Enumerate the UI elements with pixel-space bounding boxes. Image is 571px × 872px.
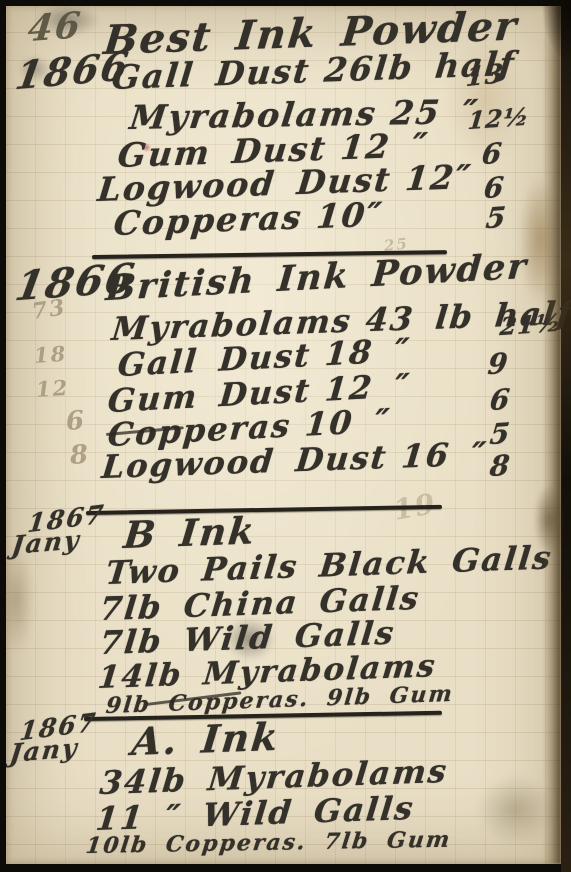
- half-value: 9: [487, 349, 510, 379]
- pencil-note: 8: [69, 442, 91, 469]
- section-month: Jany: [10, 527, 82, 558]
- half-value: 6: [481, 139, 504, 169]
- book-corner-top-right: [543, 0, 571, 60]
- section-title: B Ink: [122, 512, 258, 554]
- page-number: 46: [26, 7, 84, 47]
- ingredient: Copperas: [112, 197, 305, 243]
- ingredient: Gall Dust: [110, 51, 313, 97]
- quantity: 16 ″: [400, 434, 490, 475]
- half-value: 6: [483, 173, 506, 203]
- quantity: 12″: [403, 157, 474, 198]
- pencil-note: 12: [35, 377, 70, 400]
- half-value: 13: [465, 61, 505, 91]
- deckle-edge: [543, 5, 561, 864]
- paper: 46 73 18 12 6 8 25 19 Best Ink Powder 18…: [6, 5, 561, 864]
- half-value: 12½: [467, 105, 531, 134]
- half-value: 6: [489, 385, 512, 415]
- book-edge-right: [561, 0, 571, 872]
- pencil-note: 6: [65, 408, 87, 435]
- book-edge-bottom: [0, 864, 571, 872]
- book-edge-left: [0, 0, 6, 872]
- scanned-ledger-page: 46 73 18 12 6 8 25 19 Best Ink Powder 18…: [0, 0, 571, 872]
- section-title: A. Ink: [130, 718, 282, 761]
- half-value: 5: [489, 419, 512, 449]
- ledger-line: 10lb Copperas. 7lb Gum: [85, 829, 453, 857]
- book-edge-top: [0, 0, 571, 6]
- quantity: 10″: [315, 195, 386, 236]
- pencil-note: 18: [33, 343, 68, 366]
- ledger-line: Copperas10″: [112, 198, 385, 241]
- half-value: 5: [485, 203, 508, 233]
- section-month: Jany: [8, 735, 80, 766]
- half-value: 8: [489, 451, 512, 481]
